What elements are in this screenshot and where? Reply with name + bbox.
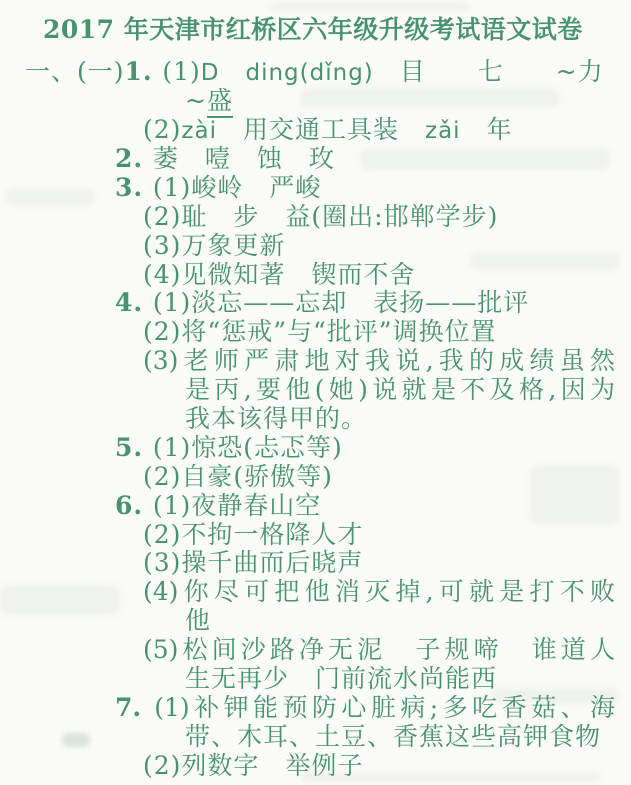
answer-line-20: 他 bbox=[185, 606, 211, 635]
text-run: (3)操千曲而后晓声 bbox=[143, 548, 363, 577]
text-run: (2)不拘一格降人才 bbox=[143, 520, 363, 549]
text-run bbox=[219, 57, 245, 86]
text-run: 他 bbox=[185, 606, 211, 635]
pinyin-run: zǎi bbox=[425, 118, 461, 144]
answer-line-7: (3)万象更新 bbox=[143, 231, 285, 260]
answer-line-4: 2. 萎 噎 蚀 玫 bbox=[115, 144, 335, 173]
text-run: 目 七 ~力 bbox=[374, 57, 604, 86]
pinyin-run: D bbox=[201, 60, 220, 86]
answer-line-10: (2)将“惩戒”与“批评”调换位置 bbox=[143, 317, 497, 346]
text-run: (3)老师严肃地对我说,我的成绩虽然 bbox=[143, 346, 615, 375]
text-run: (1)峻岭 严峻 bbox=[153, 173, 321, 202]
text-run: 7. bbox=[115, 693, 154, 722]
answer-line-19: (4)你尽可把他消灭掉,可就是打不败 bbox=[143, 577, 615, 606]
text-run: 盛 bbox=[207, 86, 233, 118]
answer-line-24: 带、木耳、土豆、香蕉这些高钾食物 bbox=[185, 722, 601, 751]
text-run: 萎 噎 蚀 玫 bbox=[153, 144, 335, 173]
answer-line-8: (4)见微知著 锲而不舍 bbox=[143, 260, 415, 289]
text-run: (5)松间沙路净无泥 子规啼 谁道人 bbox=[143, 635, 615, 664]
text-run: (1) bbox=[162, 57, 200, 86]
text-run: 3. bbox=[115, 173, 153, 202]
scan-artifact bbox=[360, 148, 610, 170]
text-run: 年 bbox=[461, 115, 513, 144]
answer-line-25: (2)列数字 举例子 bbox=[143, 751, 363, 780]
answer-line-16: 6. (1)夜静春山空 bbox=[115, 491, 321, 520]
scan-artifact bbox=[62, 733, 90, 747]
text-run: 是丙,要他(她)说就是不及格,因为 bbox=[185, 375, 615, 404]
answer-line-13: 我本该得甲的。 bbox=[185, 404, 367, 433]
text-run: ~ bbox=[185, 86, 207, 115]
text-run: (1)夜静春山空 bbox=[153, 491, 321, 520]
scan-artifact bbox=[470, 252, 620, 270]
pinyin-run: zài bbox=[181, 118, 217, 144]
answer-line-2: ~盛 bbox=[185, 86, 233, 115]
text-run: (3)万象更新 bbox=[143, 231, 285, 260]
text-run: 6. bbox=[115, 491, 153, 520]
text-run: 5. bbox=[115, 433, 153, 462]
answer-line-3: (2)zài 用交通工具装 zǎi 年 bbox=[143, 115, 513, 146]
answer-line-15: (2)自豪(骄傲等) bbox=[143, 462, 333, 491]
answer-line-1: 一、(一)1. (1)D ding(dǐng) 目 七 ~力 bbox=[25, 57, 604, 88]
answer-line-23: 7. (1)补钾能预防心脏病;多吃香菇、海 bbox=[115, 693, 615, 722]
scan-artifact bbox=[530, 465, 620, 525]
text-run: 我本该得甲的。 bbox=[185, 404, 367, 433]
answer-line-21: (5)松间沙路净无泥 子规啼 谁道人 bbox=[143, 635, 615, 664]
text-run: (2)将“惩戒”与“批评”调换位置 bbox=[143, 317, 497, 346]
scan-artifact bbox=[5, 188, 95, 206]
text-run: (1)惊恐(忐忑等) bbox=[153, 433, 343, 462]
text-run: 一、(一) bbox=[25, 57, 125, 86]
text-run: (4)你尽可把他消灭掉,可就是打不败 bbox=[143, 577, 615, 606]
text-run: (1)补钾能预防心脏病;多吃香菇、海 bbox=[154, 693, 615, 722]
text-run: 1. bbox=[125, 57, 163, 86]
scan-artifact bbox=[300, 88, 560, 108]
answer-line-5: 3. (1)峻岭 严峻 bbox=[115, 173, 321, 202]
answer-line-22: 生无再少 门前流水尚能西 bbox=[185, 664, 497, 693]
scan-artifact bbox=[0, 585, 120, 615]
text-run: 生无再少 门前流水尚能西 bbox=[185, 664, 497, 693]
text-run: (1)淡忘——忘却 表扬——批评 bbox=[153, 288, 529, 317]
answer-line-18: (3)操千曲而后晓声 bbox=[143, 548, 363, 577]
page-title: 2017 年天津市红桥区六年级升级考试语文试卷 bbox=[43, 10, 583, 46]
answer-line-11: (3)老师严肃地对我说,我的成绩虽然 bbox=[143, 346, 615, 375]
text-run: 4. bbox=[115, 288, 153, 317]
text-run: (2) bbox=[143, 115, 181, 144]
text-run: 2. bbox=[115, 144, 153, 173]
text-run: (4)见微知著 锲而不舍 bbox=[143, 260, 415, 289]
answer-line-9: 4. (1)淡忘——忘却 表扬——批评 bbox=[115, 288, 529, 317]
answer-line-6: (2)耻 步 益(圈出:邯郸学步) bbox=[143, 202, 498, 231]
text-run: (2)列数字 举例子 bbox=[143, 751, 363, 780]
answer-line-14: 5. (1)惊恐(忐忑等) bbox=[115, 433, 343, 462]
scanned-answer-sheet: 2017 年天津市红桥区六年级升级考试语文试卷 一、(一)1. (1)D din… bbox=[0, 0, 631, 785]
answer-line-17: (2)不拘一格降人才 bbox=[143, 520, 363, 549]
text-run: (2)耻 步 益(圈出:邯郸学步) bbox=[143, 202, 498, 231]
text-run: 用交通工具装 bbox=[217, 115, 425, 144]
pinyin-run: ding(dǐng) bbox=[245, 60, 373, 86]
text-run: 带、木耳、土豆、香蕉这些高钾食物 bbox=[185, 722, 601, 751]
answer-line-12: 是丙,要他(她)说就是不及格,因为 bbox=[185, 375, 615, 404]
text-run: (2)自豪(骄傲等) bbox=[143, 462, 333, 491]
